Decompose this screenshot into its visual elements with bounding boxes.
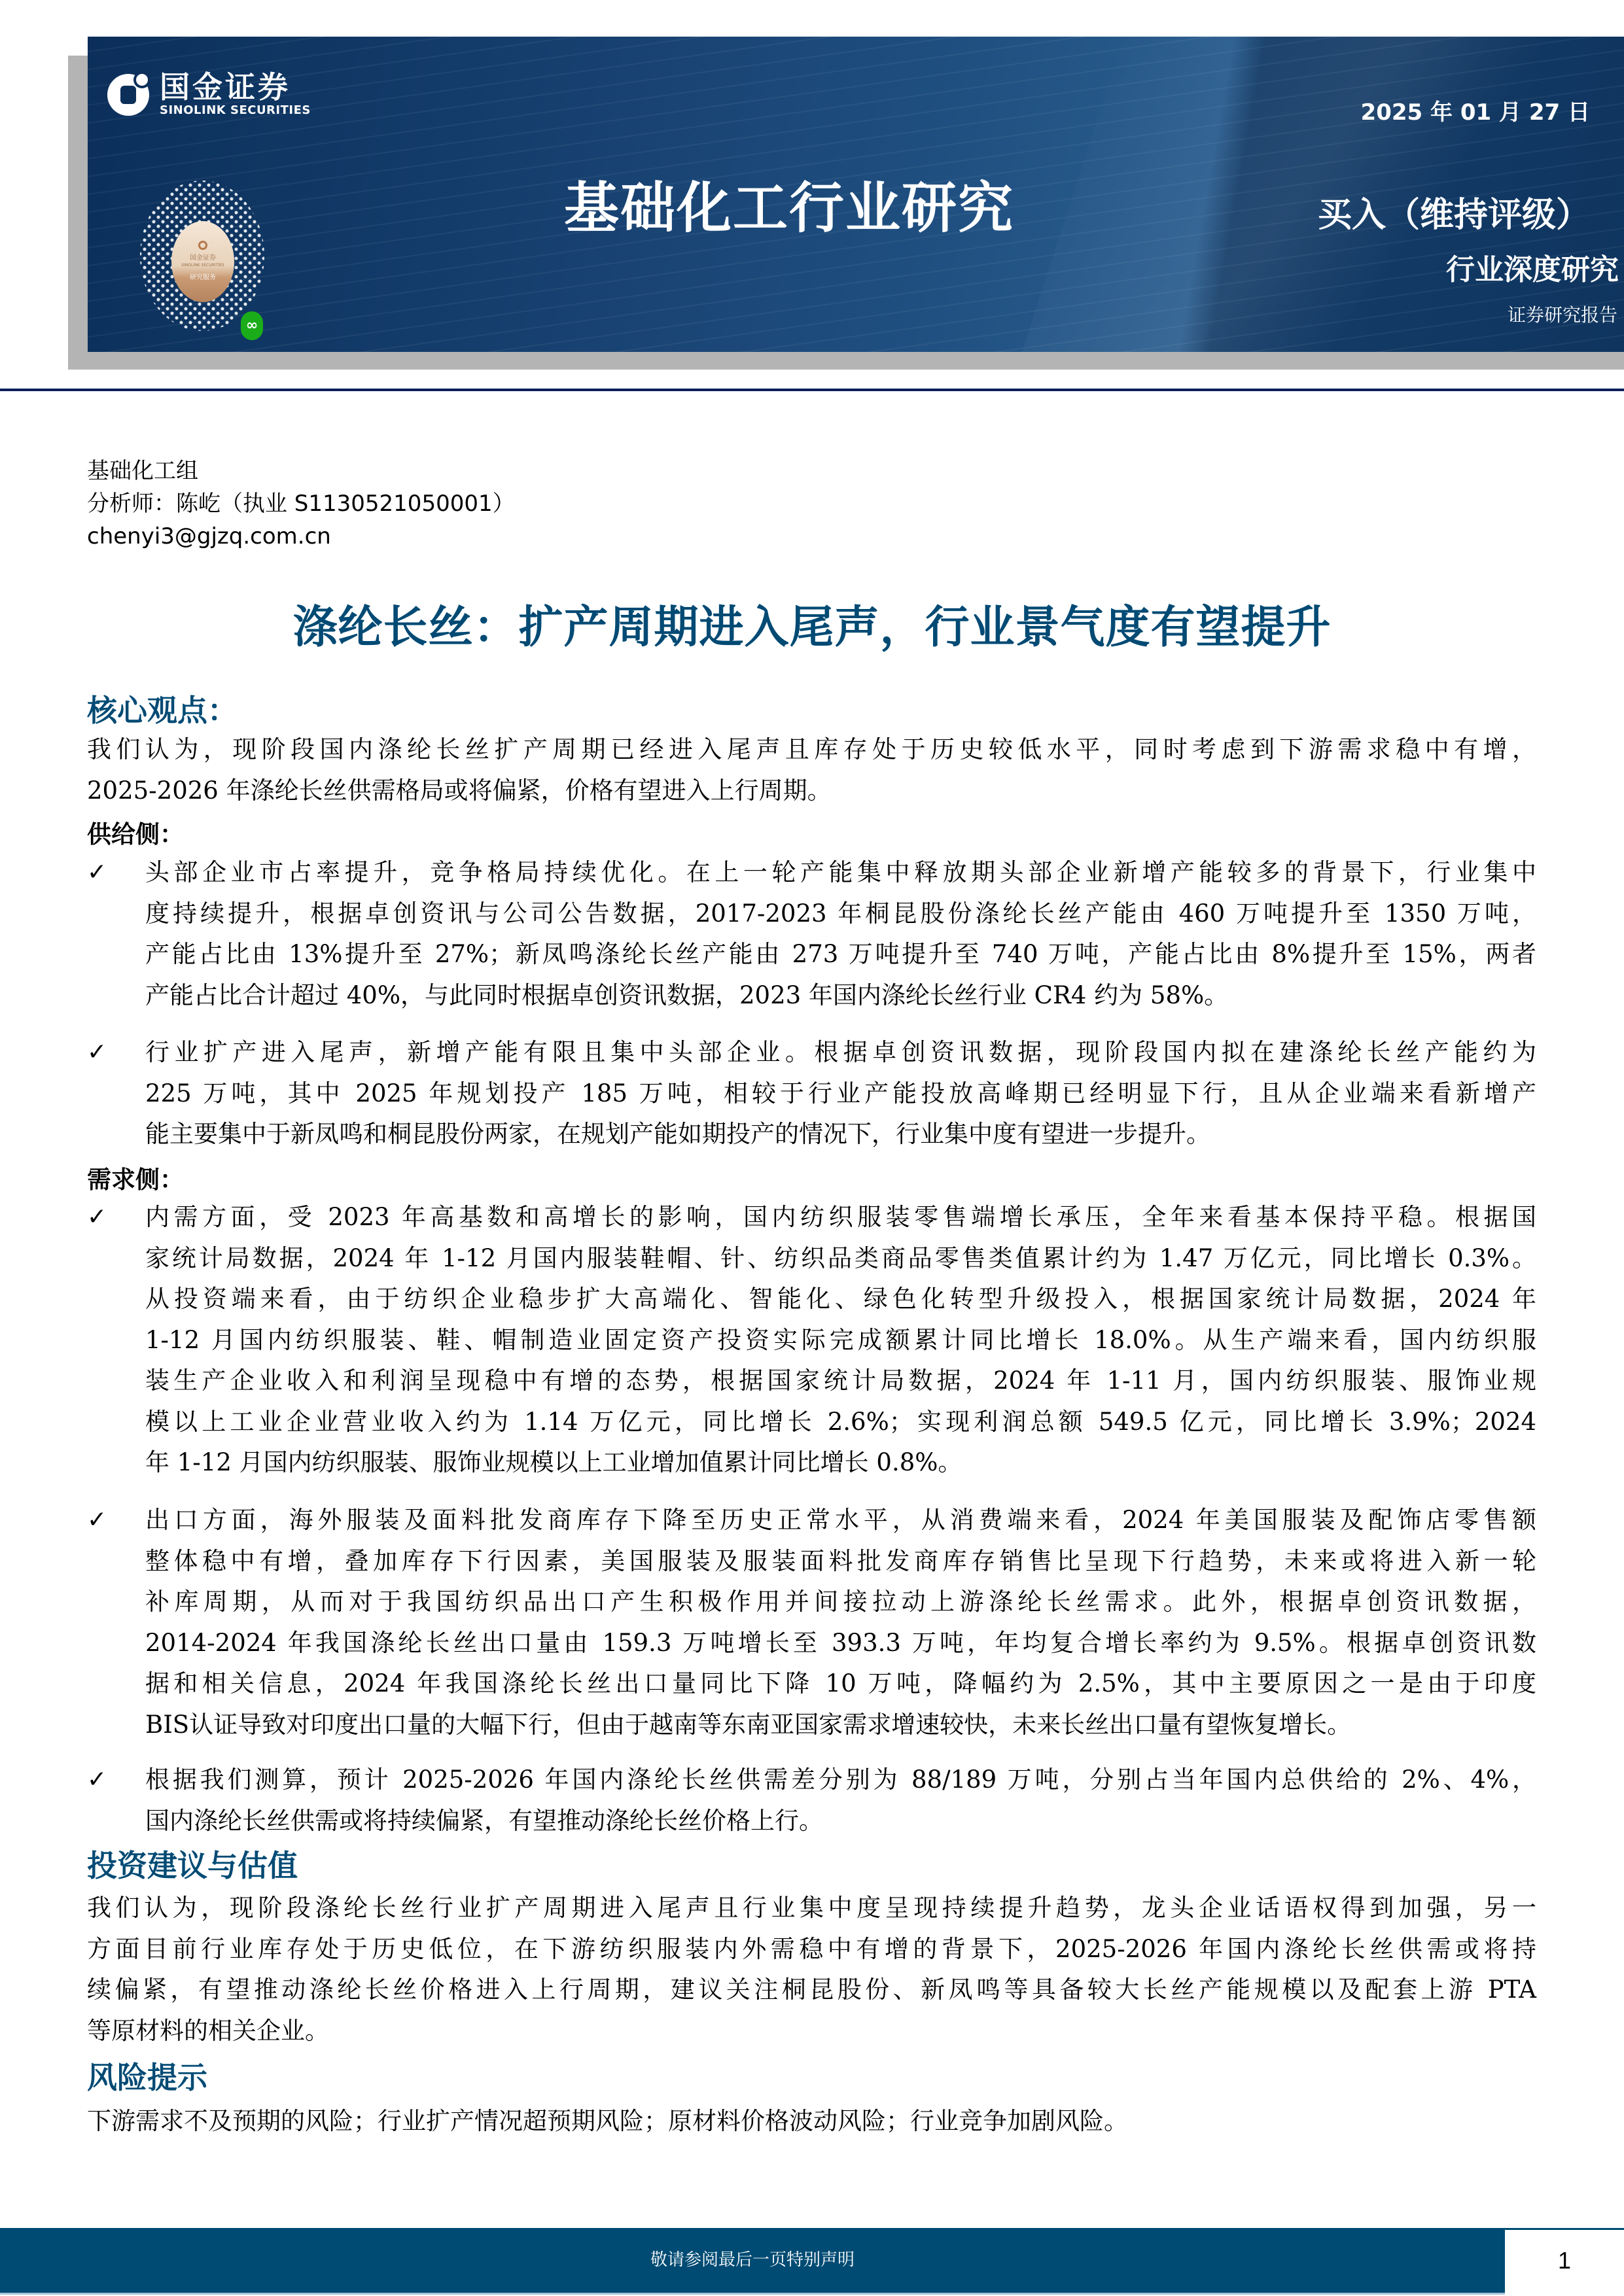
report-date: 2025 年 01 月 27 日 <box>1361 94 1590 126</box>
investment-paragraph: 我们认为，现阶段涤纶长丝行业扩产周期进入尾声且行业集中度呈现持续提升趋势，龙头企… <box>87 1888 1536 2051</box>
text-line: 我们认为，现阶段涤纶长丝行业扩产周期进入尾声且行业集中度呈现持续提升趋势，龙头企… <box>87 1888 1536 1929</box>
text-line: 2014-2024 年我国涤纶长丝出口量由 159.3 万吨增长至 393.3 … <box>145 1623 1536 1664</box>
qr-brand: 国金证券 <box>190 254 216 263</box>
text-line: 补库周期，从而对于我国纺织品出口产生积极作用并间接拉动上游涤纶长丝需求。此外，根… <box>145 1582 1536 1623</box>
text-line: 头部企业市占率提升，竞争格局持续优化。在上一轮产能集中释放期头部企业新增产能较多… <box>145 852 1536 894</box>
author-block: 基础化工组 分析师：陈屹（执业 S1130521050001） chenyi3@… <box>87 455 515 553</box>
footer-bottom-rule <box>0 2293 1505 2295</box>
checkmark-icon: ✓ <box>87 1760 113 1801</box>
subheading-supply: 供给侧： <box>87 814 184 850</box>
checkmark-icon: ✓ <box>87 1032 113 1073</box>
report-type: 行业深度研究 <box>1446 246 1619 288</box>
text-line: 等原材料的相关企业。 <box>87 2011 1536 2052</box>
qr-service-label: 研究服务 <box>190 273 216 283</box>
qr-logo-icon <box>198 241 207 250</box>
logo-text-cn: 国金证券 <box>160 71 311 103</box>
text-line: 1-12 月国内纺织服装、鞋、帽制造业固定资产投资实际完成额累计同比增长 18.… <box>145 1320 1536 1361</box>
text-line: 根据我们测算，预计 2025-2026 年国内涤纶长丝供需差分别为 88/189… <box>145 1760 1536 1801</box>
analyst-email[interactable]: chenyi3@gjzq.com.cn <box>87 520 515 553</box>
research-group: 基础化工组 <box>87 455 515 487</box>
checkmark-icon: ✓ <box>87 1500 113 1541</box>
supply-bullet-1: ✓ 头部企业市占率提升，竞争格局持续优化。在上一轮产能集中释放期头部企业新增产能… <box>87 852 1536 1016</box>
checkmark-icon: ✓ <box>87 852 113 894</box>
industry-title: 基础化工行业研究 <box>564 164 1014 243</box>
analyst-info: 分析师：陈屹（执业 S1130521050001） <box>87 487 515 520</box>
supply-bullet-2: ✓ 行业扩产进入尾声，新增产能有限且集中头部企业。根据卓创资讯数据，现阶段国内拟… <box>87 1032 1536 1155</box>
mini-program-qr-code[interactable]: 国金证券 SINOLINK SECURITIES 研究服务 ∞ <box>140 181 264 331</box>
section-heading-investment: 投资建议与估值 <box>87 1842 298 1885</box>
header-banner: 国金证券 SINOLINK SECURITIES 国金证券 SINOLINK S… <box>88 37 1624 352</box>
footer-disclaimer-note: 敬请参阅最后一页特别声明 <box>0 2228 1505 2293</box>
company-logo: 国金证券 SINOLINK SECURITIES <box>107 71 311 118</box>
mini-program-icon: ∞ <box>241 311 263 340</box>
text-line: 我们认为，现阶段国内涤纶长丝扩产周期已经进入尾声且库存处于历史较低水平，同时考虑… <box>87 729 1536 771</box>
core-view-intro: 我们认为，现阶段国内涤纶长丝扩产周期已经进入尾声且库存处于历史较低水平，同时考虑… <box>87 729 1536 811</box>
text-line: 行业扩产进入尾声，新增产能有限且集中头部企业。根据卓创资讯数据，现阶段国内拟在建… <box>145 1032 1536 1073</box>
text-line: 度持续提升，根据卓创资讯与公司公告数据，2017-2023 年桐昆股份涤纶长丝产… <box>145 894 1536 935</box>
text-line: 从投资端来看，由于纺织企业稳步扩大高端化、智能化、绿色化转型升级投入，根据国家统… <box>145 1279 1536 1320</box>
text-line: 年 1-12 月国内纺织服装、服饰业规模以上工业增加值累计同比增长 0.8%。 <box>145 1442 1536 1484</box>
report-category: 证券研究报告 <box>1508 301 1617 327</box>
text-line: 据和相关信息，2024 年我国涤纶长丝出口量同比下降 10 万吨，降幅约为 2.… <box>145 1663 1536 1705</box>
text-line: 225 万吨，其中 2025 年规划投产 185 万吨，相较于行业产能投放高峰期… <box>145 1073 1536 1115</box>
text-line: 下游需求不及预期的风险；行业扩产情况超预期风险；原材料价格波动风险；行业竞争加剧… <box>87 2101 1536 2142</box>
demand-bullet-2: ✓ 出口方面，海外服装及面料批发商库存下降至历史正常水平，从消费端来看，2024… <box>87 1500 1536 1745</box>
text-line: 2025-2026 年涤纶长丝供需格局或将偏紧，价格有望进入上行周期。 <box>87 771 1536 812</box>
text-line: 国内涤纶长丝供需或将持续偏紧，有望推动涤纶长丝价格上行。 <box>145 1801 1536 1842</box>
sinolink-logo-icon <box>107 71 150 117</box>
text-line: 装生产企业收入和利润呈现稳中有增的态势，根据国家统计局数据，2024 年 1-1… <box>145 1361 1536 1402</box>
text-line: 方面目前行业库存处于历史低位，在下游纺织服装内外需稳中有增的背景下，2025-2… <box>87 1929 1536 1970</box>
text-line: 整体稳中有增，叠加库存下行因素，美国服装及服装面料批发商库存销售比呈现下行趋势，… <box>145 1541 1536 1582</box>
text-line: 内需方面，受 2023 年高基数和高增长的影响，国内纺织服装零售端增长承压，全年… <box>145 1197 1536 1238</box>
text-line: 续偏紧，有望推动涤纶长丝价格进入上行周期，建议关注桐昆股份、新凤鸣等具备较大长丝… <box>87 1970 1536 2011</box>
text-line: 产能占比由 13%提升至 27%；新凤鸣涤纶长丝产能由 273 万吨提升至 74… <box>145 934 1536 975</box>
header-divider <box>0 389 1624 391</box>
qr-brand-en: SINOLINK SECURITIES <box>181 263 224 268</box>
logo-text-en: SINOLINK SECURITIES <box>160 103 311 118</box>
text-line: 家统计局数据，2024 年 1-12 月国内服装鞋帽、针、纺织品类商品零售类值累… <box>145 1238 1536 1279</box>
section-heading-core-view: 核心观点： <box>87 687 238 730</box>
subheading-demand: 需求侧： <box>87 1160 184 1195</box>
text-line: 出口方面，海外服装及面料批发商库存下降至历史正常水平，从消费端来看，2024 年… <box>145 1500 1536 1541</box>
rating-badge: 买入（维持评级） <box>1318 187 1590 236</box>
page-number: 1 <box>1505 2228 1624 2293</box>
report-title: 涤纶长丝：扩产周期进入尾声，行业景气度有望提升 <box>0 592 1624 655</box>
text-line: 模以上工业企业营业收入约为 1.14 万亿元，同比增长 2.6%；实现利润总额 … <box>145 1402 1536 1443</box>
checkmark-icon: ✓ <box>87 1197 113 1238</box>
text-line: BIS认证导致对印度出口量的大幅下行，但由于越南等东南亚国家需求增速较快，未来长… <box>145 1705 1536 1746</box>
text-line: 产能占比合计超过 40%，与此同时根据卓创资讯数据，2023 年国内涤纶长丝行业… <box>145 975 1536 1017</box>
qr-center-badge: 国金证券 SINOLINK SECURITIES 研究服务 <box>171 221 234 302</box>
section-heading-risk: 风险提示 <box>87 2054 207 2097</box>
text-line: 能主要集中于新凤鸣和桐昆股份两家，在规划产能如期投产的情况下，行业集中度有望进一… <box>145 1114 1536 1155</box>
risk-paragraph: 下游需求不及预期的风险；行业扩产情况超预期风险；原材料价格波动风险；行业竞争加剧… <box>87 2101 1536 2142</box>
demand-bullet-1: ✓ 内需方面，受 2023 年高基数和高增长的影响，国内纺织服装零售端增长承压，… <box>87 1197 1536 1484</box>
demand-bullet-3: ✓ 根据我们测算，预计 2025-2026 年国内涤纶长丝供需差分别为 88/1… <box>87 1760 1536 1841</box>
